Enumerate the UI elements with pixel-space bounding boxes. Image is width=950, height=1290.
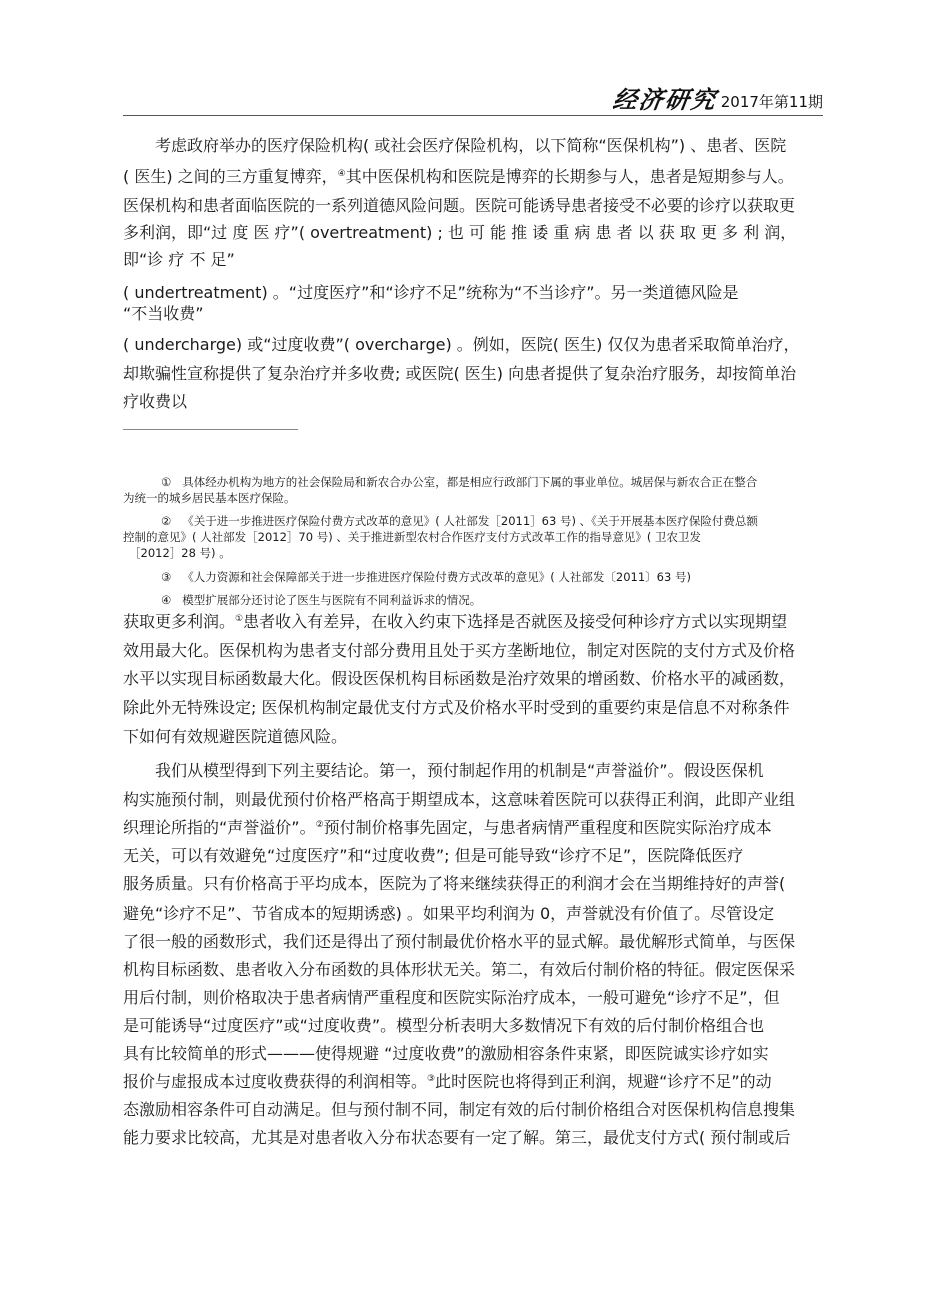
footnote-2-cont: 控制的意见》( 人社部发［2012］70 号) 、关于推进新型农村合作医疗支付方… <box>123 529 835 545</box>
text-line: 避免“诊疗不足”、节省成本的短期诱惑) 。如果平均利润为 0，声誉就没有价值了。… <box>123 903 835 925</box>
text-line: 机构目标函数、患者收入分布函数的具体形状无关。第二，有效后付制价格的特征。假定医… <box>123 959 835 981</box>
text-line: 构实施预付制，则最优预付价格严格高于期望成本，这意味着医院可以获得正利润，此即产… <box>123 789 835 811</box>
footnote-1: ① 具体经办机构为地方的社会保险局和新农合办公室，都是相应行政部门下属的事业单位… <box>123 474 835 490</box>
footnote-1-cont: 为统一的城乡居民基本医疗保险。 <box>123 490 835 506</box>
text-line: 效用最大化。医保机构为患者支付部分费用且处于买方垄断地位，制定对医院的支付方式及… <box>123 640 835 662</box>
footnote-ref[interactable]: ④ <box>338 169 346 179</box>
text-line: 多利润，即“过 度 医 疗”( overtreatment) ; 也 可 能 推… <box>123 222 835 244</box>
text-line: 具有比较简单的形式———使得规避 “过度收费”的激励相容条件束紧，即医院诚实诊疗… <box>123 1043 835 1065</box>
footnote-ref[interactable]: ② <box>316 820 324 830</box>
journal-logo: 经济研究 <box>611 86 719 114</box>
text-line: 医保机构和患者面临医院的一系列道德风险问题。医院可能诱导患者接受不必要的诊疗以获… <box>123 195 835 217</box>
footnote-separator <box>123 429 298 430</box>
text-line: 是可能诱导“过度医疗”或“过度收费”。模型分析表明大多数情况下有效的后付制价格组… <box>123 1015 835 1037</box>
text-line: 水平以实现目标函数最大化。假设医保机构目标函数是治疗效果的增函数、价格水平的减函… <box>123 668 835 690</box>
footnote-marker: ③ <box>161 570 171 584</box>
text-line: 考虑政府举办的医疗保险机构( 或社会医疗保险机构，以下简称“医保机构”) 、患者… <box>123 135 835 157</box>
footnote-3: ③ 《人力资源和社会保障部关于进一步推进医疗保险付费方式改革的意见》( 人社部发… <box>123 569 835 585</box>
text-line: 除此外无特殊设定; 医保机构制定最优支付方式及价格水平时受到的重要约束是信息不对… <box>123 697 835 719</box>
text-line: 报价与虚报成本过度收费获得的利润相等。③此时医院也将得到正利润，规避“诊疗不足”… <box>123 1071 835 1093</box>
footnote-4: ④ 模型扩展部分还讨论了医生与医院有不同利益诉求的情况。 <box>123 592 835 608</box>
text-line: 却欺骗性宣称提供了复杂治疗并多收费; 或医院( 医生) 向患者提供了复杂治疗服务… <box>123 363 835 385</box>
text-line: 我们从模型得到下列主要结论。第一，预付制起作用的机制是“声誉溢价”。假设医保机 <box>123 760 835 782</box>
text-line: 下如何有效规避医院道德风险。 <box>123 726 835 748</box>
text-line: 用后付制，则价格取决于患者病情严重程度和医院实际治疗成本，一般可避免“诊疗不足”… <box>123 987 835 1009</box>
footnote-2: ② 《关于进一步推进医疗保险付费方式改革的意见》( 人社部发［2011］63 号… <box>123 513 835 529</box>
journal-masthead: 经济研究 2017年第11期 <box>613 86 823 114</box>
text-line: 了很一般的函数形式，我们还是得出了预付制最优价格水平的显式解。最优解形式简单，与… <box>123 931 835 953</box>
header-rule <box>123 115 823 116</box>
footnote-marker: ② <box>161 514 171 528</box>
text-line: 获取更多利润。①患者收入有差异，在收入约束下选择是否就医及接受何种诊疗方式以实现… <box>123 611 835 633</box>
text-line: 服务质量。只有价格高于平均成本，医院为了将来继续获得正的利润才会在当期维持好的声… <box>123 873 835 895</box>
text-line: 态激励相容条件可自动满足。但与预付制不同，制定有效的后付制价格组合对医保机构信息… <box>123 1099 835 1121</box>
footnote-2-cont: ［2012］28 号) 。 <box>129 545 841 561</box>
text-line: ( 医生) 之间的三方重复博弈，④其中医保机构和医院是博弈的长期参与人，患者是短… <box>123 166 835 188</box>
footnote-marker: ① <box>161 475 171 489</box>
text-line: 无关，可以有效避免“过度医疗”和“过度收费”; 但是可能导致“诊疗不足”，医院降… <box>123 845 835 867</box>
text-line: “不当收费” <box>123 303 835 325</box>
footnote-marker: ④ <box>161 593 171 607</box>
text-line: 疗收费以 <box>123 391 835 413</box>
text-line: 即“诊 疗 不 足” <box>123 249 835 271</box>
running-header: 经济研究 2017年第11期 <box>123 86 823 114</box>
text-line: 能力要求比较高，尤其是对患者收入分布状态要有一定了解。第三，最优支付方式( 预付… <box>123 1127 835 1149</box>
footnote-ref[interactable]: ① <box>235 614 243 624</box>
journal-issue: 2017年第11期 <box>721 90 823 114</box>
text-line: ( undercharge) 或“过度收费”( overcharge) 。例如，… <box>123 334 835 356</box>
footnote-ref[interactable]: ③ <box>427 1074 435 1084</box>
text-line: ( undertreatment) 。“过度医疗”和“诊疗不足”统称为“不当诊疗… <box>123 282 835 304</box>
text-line: 织理论所指的“声誉溢价”。②预付制价格事先固定，与患者病情严重程度和医院实际治疗… <box>123 817 835 839</box>
